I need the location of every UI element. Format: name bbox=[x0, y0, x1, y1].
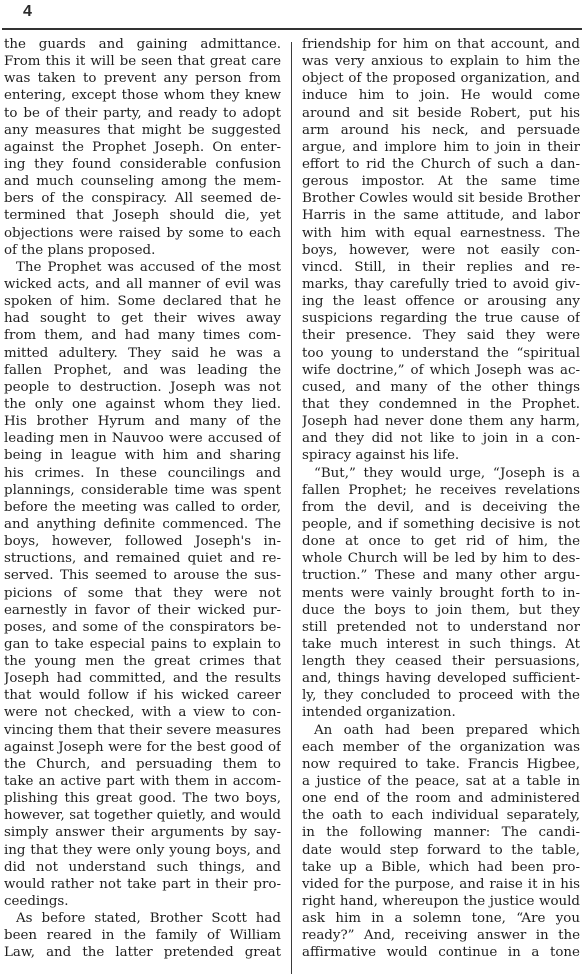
text-line: friendship for him on that account, and bbox=[302, 36, 580, 53]
text-line: take much interest in such things. At bbox=[302, 636, 580, 653]
text-line: object of the proposed organization, and bbox=[302, 70, 580, 87]
text-line: and anything definite commenced. The bbox=[4, 516, 281, 533]
text-line: did not understand such things, and bbox=[4, 859, 281, 876]
text-line: “But,” they would urge, “Joseph is a bbox=[302, 465, 580, 482]
text-line: fallen Prophet; he receives revelations bbox=[302, 482, 580, 499]
text-line: each member of the organization was bbox=[302, 739, 580, 756]
text-line: was taken to prevent any person from bbox=[4, 70, 281, 87]
text-line: bers of the conspiracy. All seemed de- bbox=[4, 190, 281, 207]
text-line: His brother Hyrum and many of the bbox=[4, 413, 281, 430]
text-line: the young men the great crimes that bbox=[4, 653, 281, 670]
right-column: friendship for him on that account, andw… bbox=[302, 36, 580, 962]
text-line: entering, except those whom they knew bbox=[4, 87, 281, 104]
text-line: in the following manner: The candi- bbox=[302, 824, 580, 841]
text-line: vided for the purpose, and raise it in h… bbox=[302, 876, 580, 893]
text-line: the Church, and persuading them to bbox=[4, 756, 281, 773]
text-line: one end of the room and administered bbox=[302, 790, 580, 807]
text-line: and they did not like to join in a con- bbox=[302, 430, 580, 447]
text-line: been reared in the family of William bbox=[4, 927, 281, 944]
text-line: people, and if something decisive is not bbox=[302, 516, 580, 533]
text-line: objections were raised by some to each bbox=[4, 225, 281, 242]
text-line: cused, and many of the other things bbox=[302, 379, 580, 396]
text-line: the guards and gaining admittance. bbox=[4, 36, 281, 53]
text-line: The Prophet was accused of the most bbox=[4, 259, 281, 276]
text-line: that would follow if his wicked career bbox=[4, 687, 281, 704]
text-line: affirmative would continue in a tone bbox=[302, 944, 580, 961]
text-line: fallen Prophet, and was leading the bbox=[4, 362, 281, 379]
text-line: intended organization. bbox=[302, 704, 580, 721]
text-line: structions, and remained quiet and re- bbox=[4, 550, 281, 567]
text-line: ask him in a solemn tone, “Are you bbox=[302, 910, 580, 927]
text-line: a justice of the peace, sat at a table i… bbox=[302, 773, 580, 790]
text-line: any measures that might be suggested bbox=[4, 122, 281, 139]
text-line: From this it will be seen that great car… bbox=[4, 53, 281, 70]
header-rule bbox=[2, 28, 582, 30]
text-line: against Joseph were for the best good of bbox=[4, 739, 281, 756]
text-line: take an active part with them in accom- bbox=[4, 773, 281, 790]
text-line: the only one against whom they lied. bbox=[4, 396, 281, 413]
text-line: was very anxious to explain to him the bbox=[302, 53, 580, 70]
text-line: ing the least offence or arousing any bbox=[302, 293, 580, 310]
text-line: plannings, considerable time was spent bbox=[4, 482, 281, 499]
text-line: simply answer their arguments by say- bbox=[4, 824, 281, 841]
text-line: right hand, whereupon the justice would bbox=[302, 893, 580, 910]
text-line: ready?” And, receiving answer in the bbox=[302, 927, 580, 944]
text-line: ceedings. bbox=[4, 893, 281, 910]
text-line: done at once to get rid of him, the bbox=[302, 533, 580, 550]
text-line: Harris in the same attitude, and labor bbox=[302, 207, 580, 224]
text-line: termined that Joseph should die, yet bbox=[4, 207, 281, 224]
text-line: now required to take. Francis Higbee, bbox=[302, 756, 580, 773]
text-line: people to destruction. Joseph was not bbox=[4, 379, 281, 396]
text-line: earnestly in favor of their wicked pur- bbox=[4, 602, 281, 619]
text-line: ing that they were only young boys, and bbox=[4, 842, 281, 859]
text-line: however, sat together quietly, and would bbox=[4, 807, 281, 824]
text-line: marks, thay carefully tried to avoid giv… bbox=[302, 276, 580, 293]
text-line: gerous impostor. At the same time bbox=[302, 173, 580, 190]
text-line: with him with equal earnestness. The bbox=[302, 225, 580, 242]
text-line: suspicions regarding the true cause of bbox=[302, 310, 580, 327]
text-line: date would step forward to the table, bbox=[302, 842, 580, 859]
text-line: of the plans proposed. bbox=[4, 242, 281, 259]
text-line: ing they found considerable confusion bbox=[4, 156, 281, 173]
text-line: An oath had been prepared which bbox=[302, 722, 580, 739]
text-line: boys, however, were not easily con- bbox=[302, 242, 580, 259]
text-line: duce the boys to join them, but they bbox=[302, 602, 580, 619]
text-line: Brother Cowles would sit beside Brother bbox=[302, 190, 580, 207]
text-line: picions of some that they were not bbox=[4, 585, 281, 602]
text-line: around and sit beside Robert, put his bbox=[302, 105, 580, 122]
text-line: vincing them that their severe measures bbox=[4, 722, 281, 739]
text-line: that they condemned in the Prophet. bbox=[302, 396, 580, 413]
text-line: were not checked, with a view to con- bbox=[4, 704, 281, 721]
text-line: poses, and some of the conspirators be- bbox=[4, 619, 281, 636]
text-line: wife doctrine,” of which Joseph was ac- bbox=[302, 362, 580, 379]
text-line: from them, and had many times com- bbox=[4, 327, 281, 344]
text-line: leading men in Nauvoo were accused of bbox=[4, 430, 281, 447]
text-line: too young to understand the “spiritual bbox=[302, 345, 580, 362]
text-line: Joseph had never done them any harm, bbox=[302, 413, 580, 430]
text-line: and, things having developed sufficient- bbox=[302, 670, 580, 687]
text-line: ly, they concluded to proceed with the bbox=[302, 687, 580, 704]
text-line: Joseph had committed, and the results bbox=[4, 670, 281, 687]
text-line: their presence. They said they were bbox=[302, 327, 580, 344]
text-line: and much counseling among the mem- bbox=[4, 173, 281, 190]
text-line: spoken of him. Some declared that he bbox=[4, 293, 281, 310]
text-line: ments were vainly brought forth to in- bbox=[302, 585, 580, 602]
text-line: to be of their party, and ready to adopt bbox=[4, 105, 281, 122]
text-line: arm around his neck, and persuade bbox=[302, 122, 580, 139]
text-line: induce him to join. He would come bbox=[302, 87, 580, 104]
text-line: against the Prophet Joseph. On enter- bbox=[4, 139, 281, 156]
text-line: before the meeting was called to order, bbox=[4, 499, 281, 516]
text-line: As before stated, Brother Scott had bbox=[4, 910, 281, 927]
text-line: plishing this great good. The two boys, bbox=[4, 790, 281, 807]
text-line: Law, and the latter pretended great bbox=[4, 944, 281, 961]
text-line: mitted adultery. They said he was a bbox=[4, 345, 281, 362]
text-line: take up a Bible, which had been pro- bbox=[302, 859, 580, 876]
text-line: gan to take especial pains to explain to bbox=[4, 636, 281, 653]
text-line: spiracy against his life. bbox=[302, 447, 580, 464]
text-line: wicked acts, and all manner of evil was bbox=[4, 276, 281, 293]
left-column: the guards and gaining admittance.From t… bbox=[4, 36, 281, 962]
text-line: vincd. Still, in their replies and re- bbox=[302, 259, 580, 276]
text-line: had sought to get their wives away bbox=[4, 310, 281, 327]
text-line: served. This seemed to arouse the sus- bbox=[4, 567, 281, 584]
column-divider bbox=[291, 42, 292, 974]
text-line: whole Church will be led by him to des- bbox=[302, 550, 580, 567]
text-line: truction.” These and many other argu- bbox=[302, 567, 580, 584]
text-line: argue, and implore him to join in their bbox=[302, 139, 580, 156]
text-line: his crimes. In these councilings and bbox=[4, 465, 281, 482]
text-line: effort to rid the Church of such a dan- bbox=[302, 156, 580, 173]
text-line: the oath to each individual separately, bbox=[302, 807, 580, 824]
text-line: would rather not take part in their pro- bbox=[4, 876, 281, 893]
text-line: being in league with him and sharing bbox=[4, 447, 281, 464]
text-line: from the devil, and is deceiving the bbox=[302, 499, 580, 516]
page-number: 4 bbox=[23, 3, 32, 21]
text-line: boys, however, followed Joseph's in- bbox=[4, 533, 281, 550]
text-line: length they ceased their persuasions, bbox=[302, 653, 580, 670]
text-line: still pretended not to understand nor bbox=[302, 619, 580, 636]
